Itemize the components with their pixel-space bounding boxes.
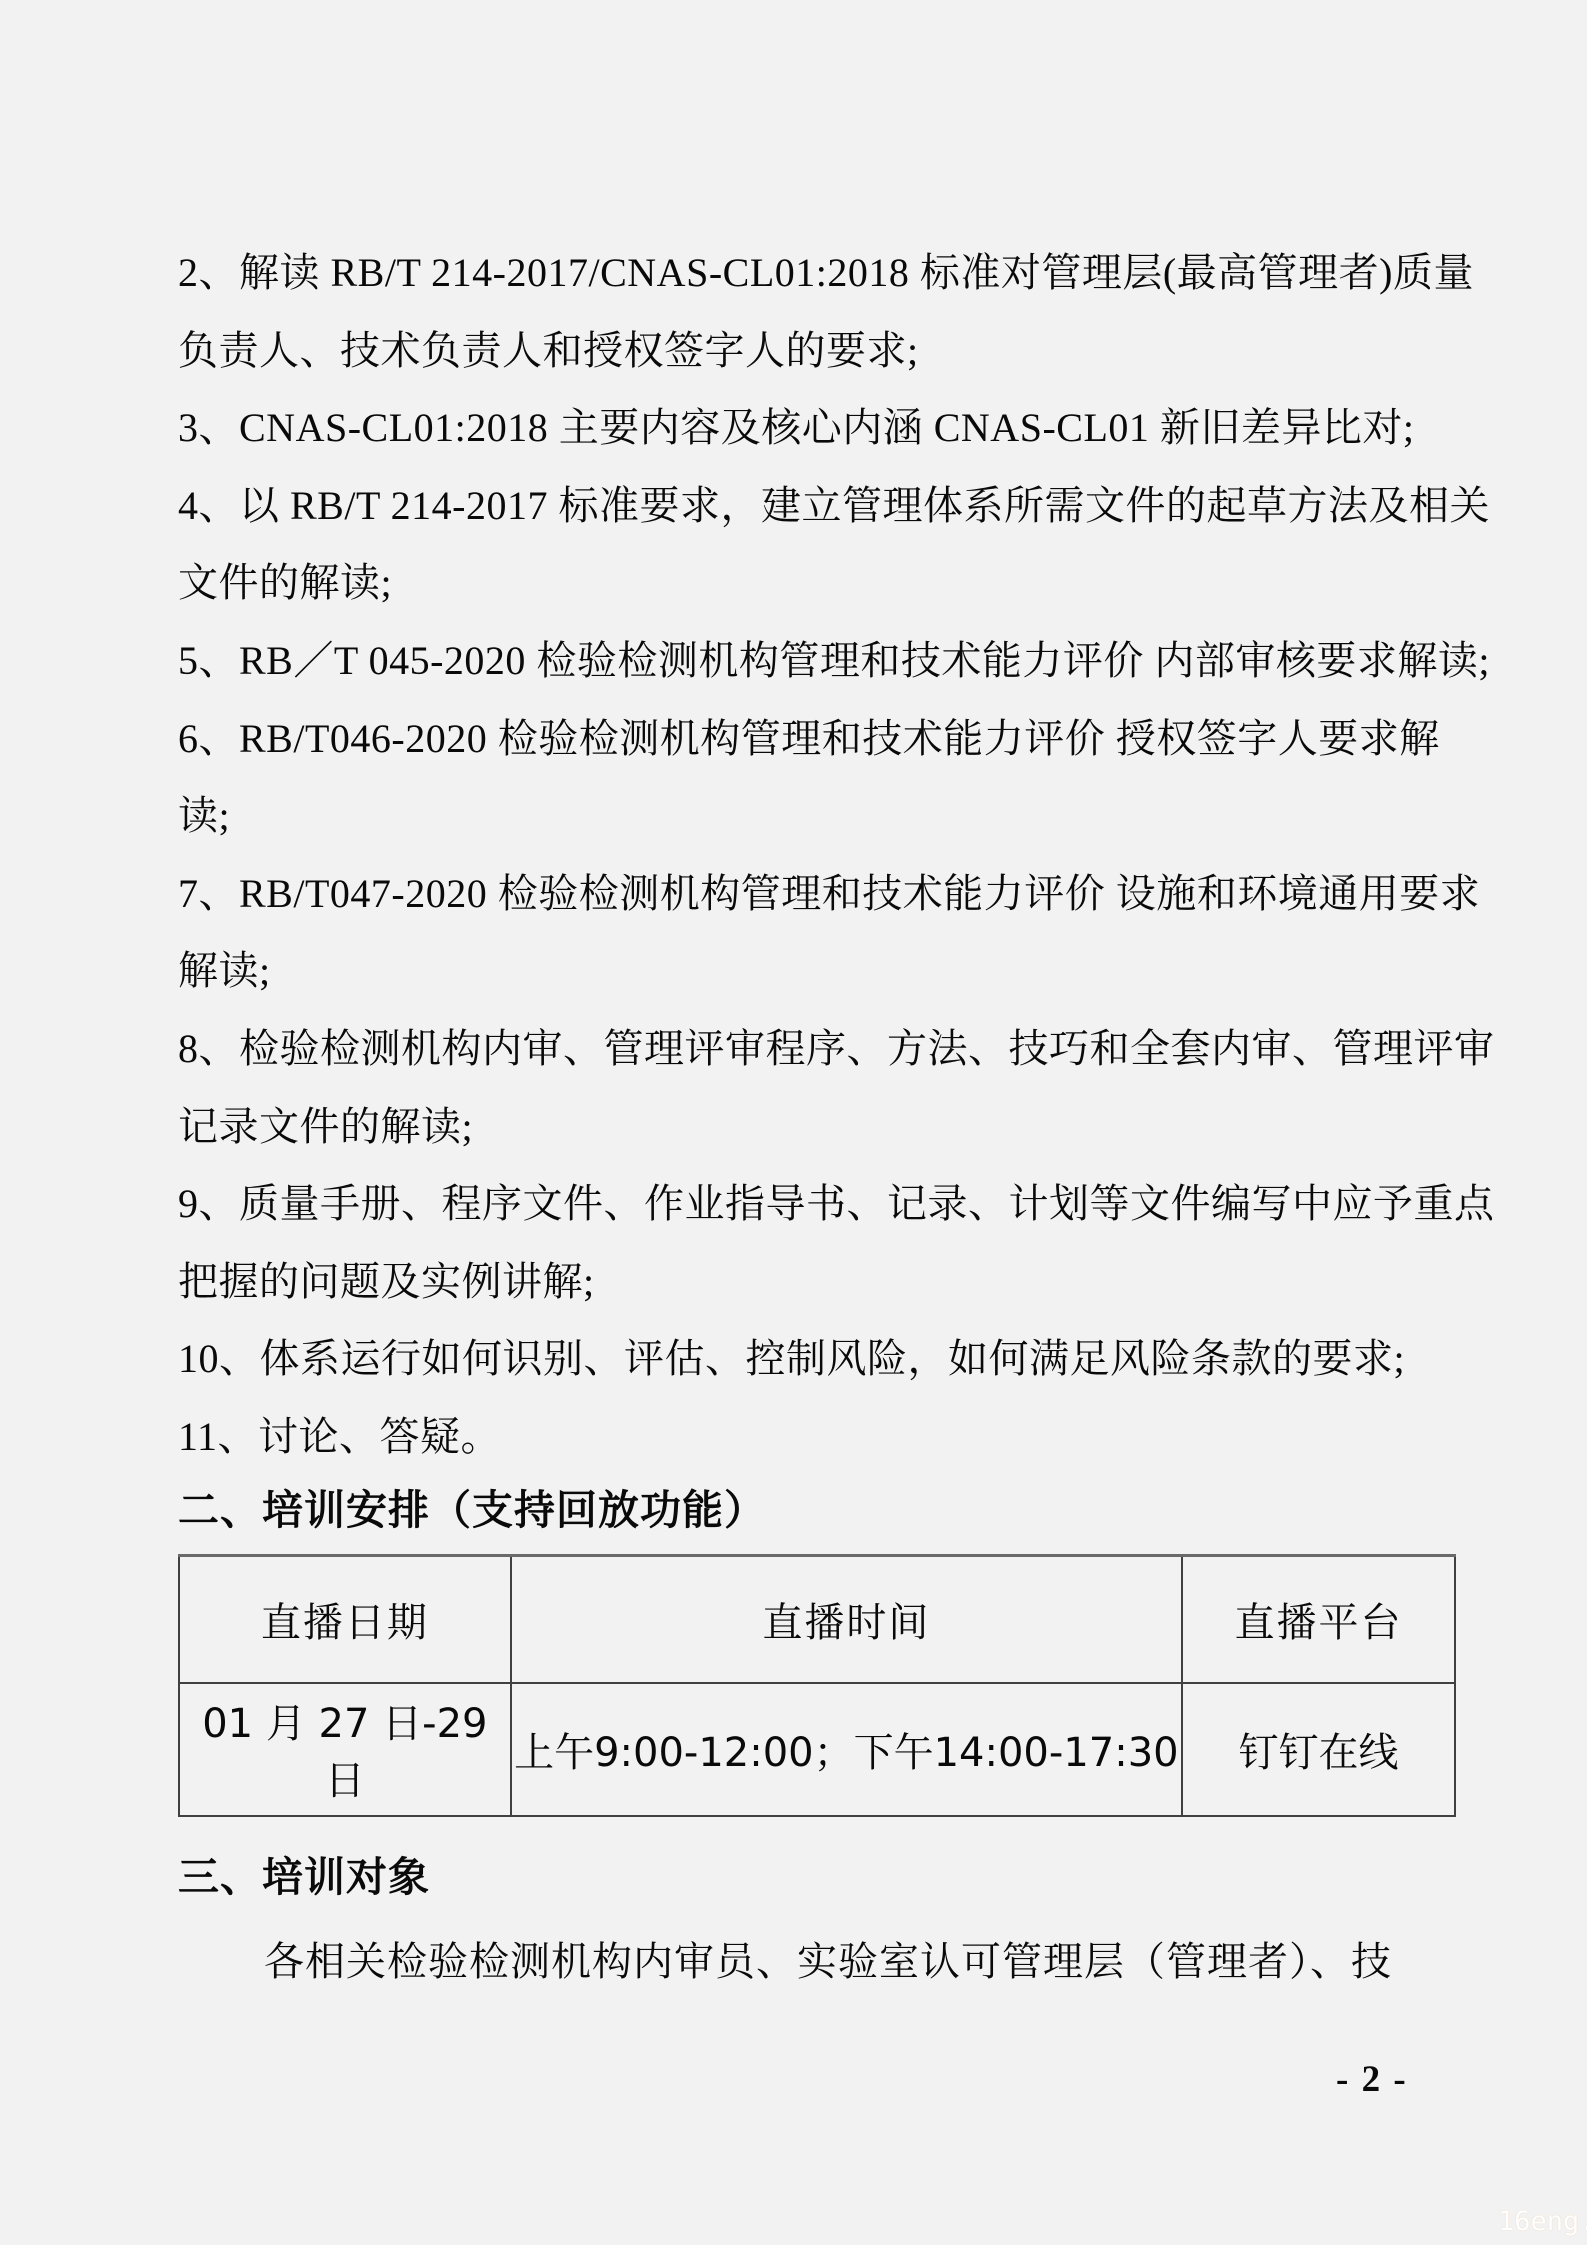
schedule-cell-platform: 钉钉在线 — [1182, 1683, 1455, 1816]
schedule-header-platform: 直播平台 — [1182, 1555, 1455, 1683]
schedule-table-header-row: 直播日期 直播时间 直播平台 — [179, 1555, 1455, 1683]
outline-line: 记录文件的解读; — [178, 1088, 1464, 1166]
schedule-header-date: 直播日期 — [179, 1555, 511, 1683]
section-heading-training-schedule: 二、培训安排（支持回放功能） — [178, 1484, 1464, 1536]
outline-line: 7、RB/T047-2020 检验检测机构管理和技术能力评价 设施和环境通用要求 — [178, 855, 1464, 933]
outline-line: 解读; — [178, 932, 1464, 1010]
audience-paragraph: 各相关检验检测机构内审员、实验室认可管理层（管理者）、技 — [178, 1923, 1464, 2001]
course-outline-list: 2、解读 RB/T 214-2017/CNAS-CL01:2018 标准对管理层… — [178, 0, 1464, 1476]
document-page: 2、解读 RB/T 214-2017/CNAS-CL01:2018 标准对管理层… — [0, 0, 1587, 2245]
outline-line: 把握的问题及实例讲解; — [178, 1243, 1464, 1321]
outline-line: 3、CNAS-CL01:2018 主要内容及核心内涵 CNAS-CL01 新旧差… — [178, 389, 1464, 467]
schedule-table-row: 01 月 27 日-29 日 上午9:00-12:00；下午14:00-17:3… — [179, 1683, 1455, 1816]
outline-line: 文件的解读; — [178, 544, 1464, 622]
schedule-table: 直播日期 直播时间 直播平台 01 月 27 日-29 日 上午9:00-12:… — [178, 1554, 1456, 1817]
outline-line: 读; — [178, 777, 1464, 855]
watermark-text: 16eng.com — [1498, 2206, 1587, 2237]
outline-line: 5、RB／T 045-2020 检验检测机构管理和技术能力评价 内部审核要求解读… — [178, 622, 1464, 700]
outline-line: 6、RB/T046-2020 检验检测机构管理和技术能力评价 授权签字人要求解 — [178, 700, 1464, 778]
outline-line: 9、质量手册、程序文件、作业指导书、记录、计划等文件编写中应予重点 — [178, 1165, 1464, 1243]
schedule-cell-date: 01 月 27 日-29 日 — [179, 1683, 511, 1816]
schedule-cell-time: 上午9:00-12:00；下午14:00-17:30 — [511, 1683, 1182, 1816]
outline-line: 11、讨论、答疑。 — [178, 1398, 1464, 1476]
outline-line: 2、解读 RB/T 214-2017/CNAS-CL01:2018 标准对管理层… — [178, 234, 1464, 312]
outline-line: 4、以 RB/T 214-2017 标准要求，建立管理体系所需文件的起草方法及相… — [178, 467, 1464, 545]
schedule-header-time: 直播时间 — [511, 1555, 1182, 1683]
outline-line: 10、体系运行如何识别、评估、控制风险，如何满足风险条款的要求; — [178, 1320, 1464, 1398]
outline-line: 负责人、技术负责人和授权签字人的要求; — [178, 312, 1464, 390]
document-content: 2、解读 RB/T 214-2017/CNAS-CL01:2018 标准对管理层… — [178, 0, 1464, 2000]
page-number: - 2 - — [1336, 2058, 1408, 2101]
section-heading-training-audience: 三、培训对象 — [178, 1851, 1464, 1903]
outline-line: 8、检验检测机构内审、管理评审程序、方法、技巧和全套内审、管理评审 — [178, 1010, 1464, 1088]
